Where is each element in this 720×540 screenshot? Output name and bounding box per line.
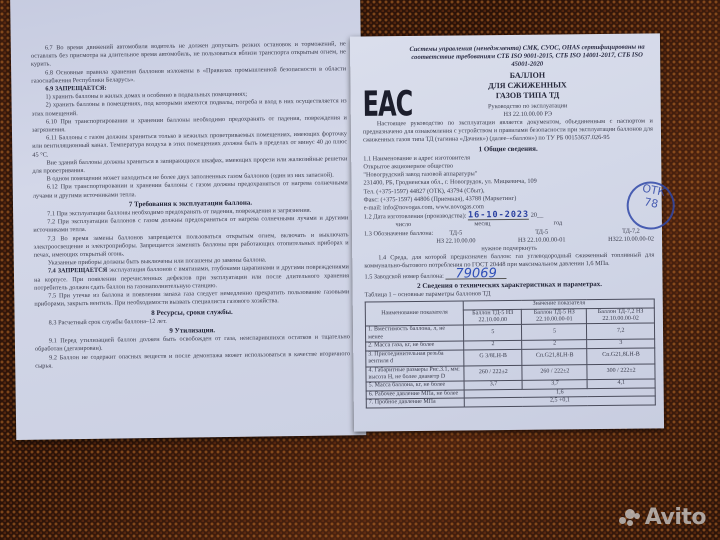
row-value: 7,2 xyxy=(587,323,655,340)
designation-row: 1.3 Обозначение баллона: ТД-5НЗ 22.10.00… xyxy=(364,227,654,246)
serial-number-handwritten: 79069 xyxy=(445,270,506,280)
row-value: 5 xyxy=(464,325,522,341)
manufacturer-info: Открытое акционерное общество "Новогрудс… xyxy=(363,160,653,212)
left-document-page: 6.7 Во время движений автомобиля водител… xyxy=(10,0,366,440)
row-value: Сп.G21,8LH-B xyxy=(587,348,655,365)
table-caption: Таблица 1 – основные параметры баллонов … xyxy=(365,289,655,300)
avito-text: Avito xyxy=(645,505,706,530)
row-value-merged: 2,5 +0,1 xyxy=(464,396,655,406)
bold-prefix: 6.9 ЗАПРЕЩАЕТСЯ: xyxy=(45,85,106,93)
row-label: 4. Габаритные размеры Рис.3.1, мм: высот… xyxy=(366,365,464,382)
row-value: 5 xyxy=(522,324,587,340)
avito-watermark: Avito xyxy=(619,505,706,530)
row-label: 3. Присоединительная резьба вентиля d xyxy=(366,350,464,367)
row-value: G 3/8LH-B xyxy=(464,349,522,365)
parameters-table: Наименование показателя Значение показат… xyxy=(365,299,656,408)
row-value: 260 / 222±2 xyxy=(522,364,587,380)
right-page-content: Системы управления (менеджмента) СМК, СУ… xyxy=(362,43,656,408)
table-body: 1. Вместимость баллона, л, не менее557,2… xyxy=(365,323,655,407)
left-page-text: 6.7 Во время движений автомобиля водител… xyxy=(31,40,351,370)
bold-prefix: 7.4 ЗАПРЕЩАЕТСЯ xyxy=(48,267,107,275)
table-header-param: Наименование показателя xyxy=(365,301,463,326)
table-column-header: Баллон ТД-5 НЗ 22.10.00.00 xyxy=(464,309,522,325)
row-label: 1. Вместимость баллона, л, не менее xyxy=(365,325,463,342)
table-column-header: Баллон ТД-7,2 НЗ 22.10.00.00-02 xyxy=(587,308,655,325)
document-title: БАЛЛОН ДЛЯ СЖИЖЕННЫХ ГАЗОВ ТИПА ТД xyxy=(402,69,652,102)
right-document-page: Системы управления (менеджмента) СМК, СУ… xyxy=(350,33,664,431)
row-value: 300 / 222±2 xyxy=(587,363,655,380)
row-label: 6. Рабочее давление МПа, не более xyxy=(366,390,464,399)
table-column-header: Баллон ТД-5 НЗ 22.10.00.00-01 xyxy=(522,308,587,324)
row-value: 260 / 222±2 xyxy=(464,365,522,381)
avito-logo-icon xyxy=(619,509,641,527)
row-value: Сп.G21,8LH-B xyxy=(522,348,587,364)
row-label: 7. Пробное давление МПа xyxy=(366,398,464,407)
date-stamp: 16-10-2023 xyxy=(468,211,529,221)
certification-statement: Системы управления (менеджмента) СМК, СУ… xyxy=(402,43,652,70)
eac-mark-icon: ЕАС xyxy=(363,98,413,110)
